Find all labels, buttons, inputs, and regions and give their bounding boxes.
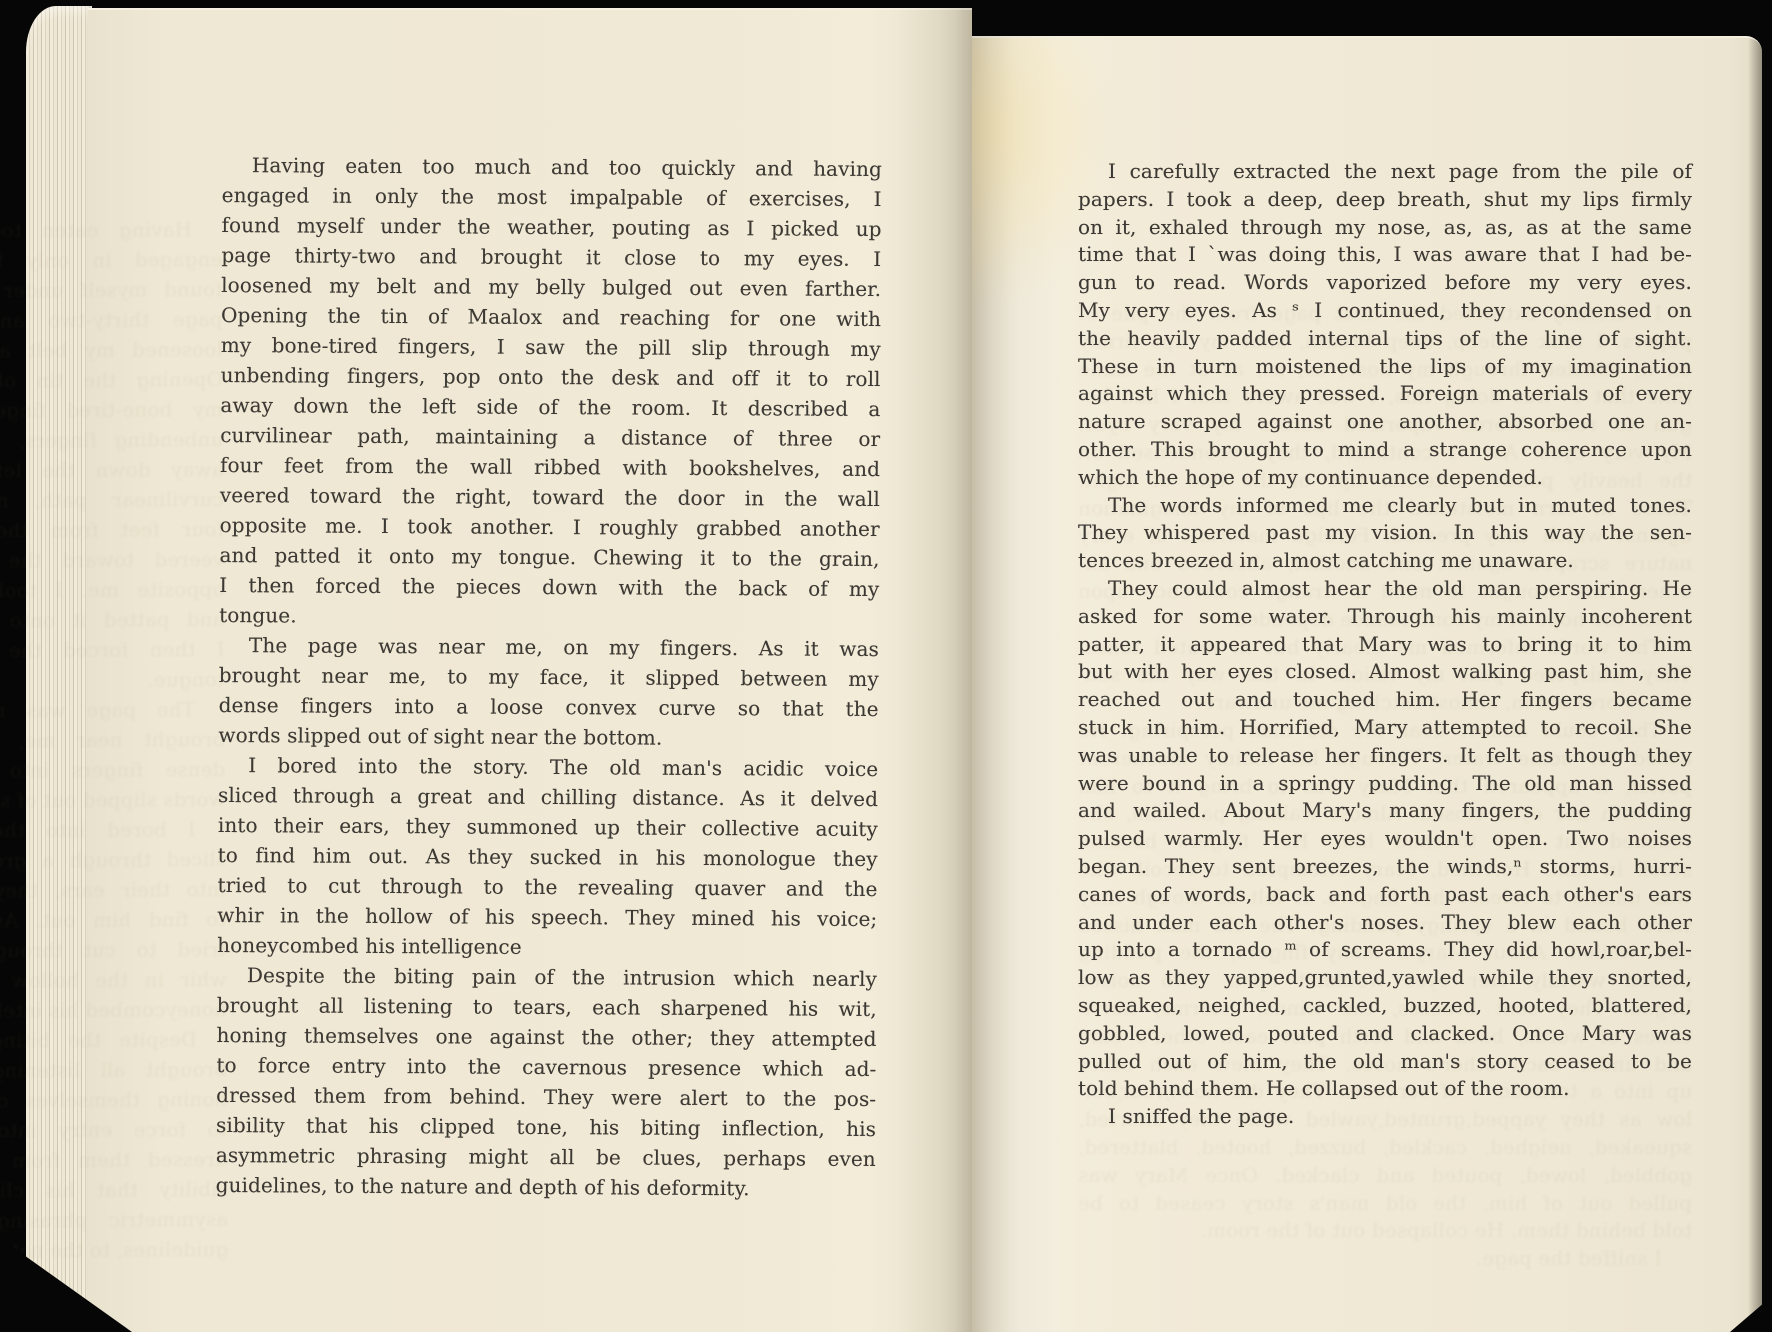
paragraph: I sniffed the page. xyxy=(1078,1103,1692,1131)
text-line: Opening the tin of Maalox and reaching f… xyxy=(0,364,223,398)
text-line: brought near me, to my face, it slipped … xyxy=(219,660,879,694)
paragraph: Having eaten too much and too quickly an… xyxy=(219,150,882,634)
text-line: sliced through a great and chilling dist… xyxy=(0,844,226,878)
text-line: into their ears, they summoned up their … xyxy=(0,874,226,908)
text-line: sibility that his clipped tone, his biti… xyxy=(216,1110,876,1144)
text-line: page thirty-two and brought it close to … xyxy=(0,304,223,338)
text-line: sibility that his clipped tone, his biti… xyxy=(0,1174,228,1208)
text-line: other. This brought to mind a strange co… xyxy=(1078,436,1692,464)
text-line: Having eaten too much and too quickly an… xyxy=(222,150,882,184)
text-line: curvilinear path, maintaining a distance… xyxy=(0,484,224,518)
text-line: I bored into the story. The old man's ac… xyxy=(0,814,226,848)
text-line: to force entry into the cavernous presen… xyxy=(216,1050,876,1084)
text-line: stuck in him. Horrified, Mary attempted … xyxy=(1078,714,1692,742)
text-line: gobbled, lowed, pouted and clacked. Once… xyxy=(1078,1020,1692,1048)
text-line: up into a tornado ᵐ of screams. They did… xyxy=(1078,936,1692,964)
paragraph: I sniffed the page. xyxy=(1078,1245,1692,1273)
text-line: whir in the hollow of his speech. They m… xyxy=(0,964,227,998)
text-line: pulled out of him, the old man's story c… xyxy=(1078,1190,1692,1218)
paragraph: The page was near me, on my fingers. As … xyxy=(218,630,879,754)
text-line: reached out and touched him. Her fingers… xyxy=(1078,686,1692,714)
text-line: canes of words, back and forth past each… xyxy=(1078,881,1692,909)
text-line: were bound in a springy pudding. The old… xyxy=(1078,770,1692,798)
text-line: four feet from the wall ribbed with book… xyxy=(0,514,224,548)
text-line: Opening the tin of Maalox and reaching f… xyxy=(221,300,881,334)
text-line: loosened my belt and my belly bulged out… xyxy=(0,334,223,368)
text-line: told behind them. He collapsed out of th… xyxy=(1078,1217,1692,1245)
text-line: honeycombed his intelligence xyxy=(217,930,877,964)
text-line: opposite me. I took another. I roughly g… xyxy=(220,510,880,544)
text-line: was unable to release her fingers. It fe… xyxy=(1078,742,1692,770)
text-line: found myself under the weather, pouting … xyxy=(221,210,881,244)
text-line: dense fingers into a loose convex curve … xyxy=(0,754,225,788)
text-line: told behind them. He collapsed out of th… xyxy=(1078,1075,1692,1103)
text-line: and wailed. About Mary's many fingers, t… xyxy=(1078,797,1692,825)
right-page-text: I carefully extracted the next page from… xyxy=(1078,158,1692,1131)
text-line: away down the left side of the room. It … xyxy=(220,390,880,424)
text-line: which the hope of my continuance depende… xyxy=(1078,464,1692,492)
text-line: low as they yapped,grunted,yawled while … xyxy=(1078,964,1692,992)
paragraph: I bored into the story. The old man's ac… xyxy=(217,750,878,964)
text-line: dressed them from behind. They were aler… xyxy=(216,1080,876,1114)
paragraph: They could almost hear the old man persp… xyxy=(1078,575,1692,1103)
paragraph: Despite the biting pain of the intrusion… xyxy=(0,1024,228,1268)
text-line: into their ears, they summoned up their … xyxy=(218,810,878,844)
text-line: my bone-tired fingers, I saw the pill sl… xyxy=(221,330,881,364)
text-line: They could almost hear the old man persp… xyxy=(1078,575,1692,603)
text-line: to find him out. As they sucked in his m… xyxy=(0,904,226,938)
text-line: gun to read. Words vaporized before my v… xyxy=(1078,269,1692,297)
text-line: pulled out of him, the old man's story c… xyxy=(1078,1048,1692,1076)
text-line: opposite me. I took another. I roughly g… xyxy=(0,574,224,608)
text-line: my bone-tired fingers, I saw the pill sl… xyxy=(0,394,223,428)
text-line: asymmetric phrasing might all be clues, … xyxy=(0,1204,228,1238)
left-page-text: Having eaten too much and too quickly an… xyxy=(216,150,882,1204)
text-line: squeaked, neighed, cackled, buzzed, hoot… xyxy=(1078,1134,1692,1162)
text-line: tried to cut through to the revealing qu… xyxy=(217,870,877,904)
paragraph: Having eaten too much and too quickly an… xyxy=(0,214,225,698)
text-line: words slipped out of sight near the bott… xyxy=(218,720,878,754)
text-line: papers. I took a deep, deep breath, shut… xyxy=(1078,186,1692,214)
text-line: engaged in only the most impalpable of e… xyxy=(222,180,882,214)
text-line: I then forced the pieces down with the b… xyxy=(219,570,879,604)
text-line: The page was near me, on my fingers. As … xyxy=(219,630,879,664)
text-line: and patted it onto my tongue. Chewing it… xyxy=(0,604,225,638)
text-line: and patted it onto my tongue. Chewing it… xyxy=(219,540,879,574)
text-line: I sniffed the page. xyxy=(1078,1245,1692,1273)
text-line: curvilinear path, maintaining a distance… xyxy=(220,420,880,454)
paragraph: The words informed me clearly but in mut… xyxy=(1078,492,1692,575)
text-line: time that I `was doing this, I was aware… xyxy=(1078,241,1692,269)
text-line: pulsed warmly. Her eyes wouldn't open. T… xyxy=(1078,825,1692,853)
paragraph: The page was near me, on my fingers. As … xyxy=(0,694,226,818)
text-line: tences breezed in, almost catching me un… xyxy=(1078,547,1692,575)
text-line: away down the left side of the room. It … xyxy=(0,454,224,488)
text-line: gobbled, lowed, pouted and clacked. Once… xyxy=(1078,1162,1692,1190)
text-line: began. They sent breezes, the winds,ⁿ st… xyxy=(1078,853,1692,881)
text-line: loosened my belt and my belly bulged out… xyxy=(221,270,881,304)
text-line: veered toward the right, toward the door… xyxy=(0,544,224,578)
paragraph: I bored into the story. The old man's ac… xyxy=(0,814,227,1028)
text-line: These in turn moistened the lips of my i… xyxy=(1078,353,1692,381)
text-line: tried to cut through to the revealing qu… xyxy=(0,934,227,968)
text-line: They whispered past my vision. In this w… xyxy=(1078,519,1692,547)
text-line: against which they pressed. Foreign mate… xyxy=(1078,380,1692,408)
text-line: Having eaten too much and too quickly an… xyxy=(0,214,222,248)
text-line: veered toward the right, toward the door… xyxy=(220,480,880,514)
text-line: honeycombed his intelligence xyxy=(0,994,227,1028)
text-line: I then forced the pieces down with the b… xyxy=(0,634,225,668)
text-line: squeaked, neighed, cackled, buzzed, hoot… xyxy=(1078,992,1692,1020)
text-line: I sniffed the page. xyxy=(1078,1103,1692,1131)
text-line: whir in the hollow of his speech. They m… xyxy=(217,900,877,934)
text-line: words slipped out of sight near the bott… xyxy=(0,784,226,818)
text-line: honing themselves one against the other;… xyxy=(217,1020,877,1054)
text-line: I bored into the story. The old man's ac… xyxy=(218,750,878,784)
text-line: engaged in only the most impalpable of e… xyxy=(0,244,222,278)
paragraph: Despite the biting pain of the intrusion… xyxy=(216,960,877,1204)
text-line: dense fingers into a loose convex curve … xyxy=(219,690,879,724)
text-line: guidelines, to the nature and depth of h… xyxy=(216,1170,876,1204)
left-page-showthrough-text: Having eaten too much and too quickly an… xyxy=(0,214,228,1268)
text-line: patter, it appeared that Mary was to bri… xyxy=(1078,631,1692,659)
text-line: but with her eyes closed. Almost walking… xyxy=(1078,658,1692,686)
open-book-photo: Having eaten too much and too quickly an… xyxy=(0,0,1772,1332)
text-line: brought near me, to my face, it slipped … xyxy=(0,724,225,758)
text-line: nature scraped against one another, abso… xyxy=(1078,408,1692,436)
text-line: on it, exhaled through my nose, as, as, … xyxy=(1078,214,1692,242)
paragraph: I carefully extracted the next page from… xyxy=(1078,158,1692,492)
text-line: brought all listening to tears, each sha… xyxy=(0,1054,227,1088)
text-line: asymmetric phrasing might all be clues, … xyxy=(216,1140,876,1174)
text-line: tongue. xyxy=(219,600,879,634)
text-line: honing themselves one against the other;… xyxy=(0,1084,227,1118)
text-line: Despite the biting pain of the intrusion… xyxy=(217,960,877,994)
text-line: dressed them from behind. They were aler… xyxy=(0,1144,228,1178)
text-line: asked for some water. Through his mainly… xyxy=(1078,603,1692,631)
text-line: The page was near me, on my fingers. As … xyxy=(0,694,225,728)
text-line: brought all listening to tears, each sha… xyxy=(217,990,877,1024)
text-line: I carefully extracted the next page from… xyxy=(1078,158,1692,186)
text-line: to find him out. As they sucked in his m… xyxy=(218,840,878,874)
text-line: Despite the biting pain of the intrusion… xyxy=(0,1024,227,1058)
text-line: the heavily padded internal tips of the … xyxy=(1078,325,1692,353)
text-line: unbending fingers, pop onto the desk and… xyxy=(0,424,223,458)
text-line: My very eyes. As ˢ I continued, they rec… xyxy=(1078,297,1692,325)
text-line: The words informed me clearly but in mut… xyxy=(1078,492,1692,520)
text-line: page thirty-two and brought it close to … xyxy=(221,240,881,274)
text-line: and under each other's noses. They blew … xyxy=(1078,909,1692,937)
text-line: to force entry into the cavernous presen… xyxy=(0,1114,228,1148)
text-line: found myself under the weather, pouting … xyxy=(0,274,223,308)
text-line: unbending fingers, pop onto the desk and… xyxy=(221,360,881,394)
text-line: tongue. xyxy=(0,664,225,698)
text-line: sliced through a great and chilling dist… xyxy=(218,780,878,814)
text-line: four feet from the wall ribbed with book… xyxy=(220,450,880,484)
